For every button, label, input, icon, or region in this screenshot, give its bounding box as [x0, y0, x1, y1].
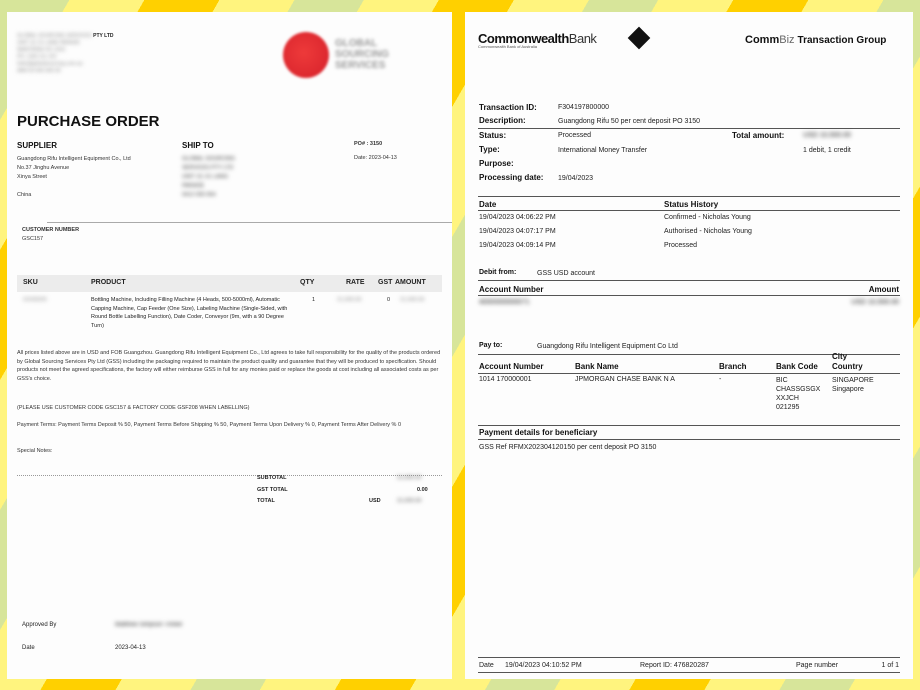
- product-cell: Bottling Machine, Including Filling Mach…: [91, 296, 291, 330]
- customer-number-label: CUSTOMER NUMBER: [22, 226, 79, 235]
- ship-to-address: GLOBAL SOURCING SERVICES PTY LTD UNIT 10…: [182, 155, 235, 200]
- special-notes-label: Special Notes:: [17, 447, 442, 456]
- payee-col-bank-code: Bank Code: [776, 362, 818, 371]
- divider: [47, 222, 452, 223]
- payee-bank-code: BIC CHASSGSGX XXJCH 021295: [776, 376, 820, 412]
- pay-to: Guangdong Rifu Intelligent Equipment Co …: [537, 343, 678, 350]
- rate-cell: 21,000.00: [337, 296, 361, 305]
- dotted-divider: [17, 475, 442, 476]
- global-sourcing-logo: GLOBAL SOURCING SERVICES: [283, 32, 433, 82]
- payee-branch: -: [719, 376, 721, 383]
- customer-number: GSC157: [22, 235, 43, 244]
- divider: [478, 657, 900, 658]
- page-number: 1 of 1: [881, 662, 899, 669]
- company-address-line: UNIT 10, 61 LANE PARADE: [17, 40, 114, 47]
- divider: [478, 439, 900, 440]
- cba-diamond-icon: [628, 27, 651, 50]
- gst-cell: 0: [387, 296, 390, 305]
- col-gst: GST: [378, 279, 392, 286]
- company-abn: ABN 00 000 000 00: [17, 68, 114, 75]
- bank-transaction-page: CommonwealthBank Commonwealth Bank of Au…: [465, 12, 913, 679]
- payee-col-account: Account Number: [479, 362, 543, 371]
- footer-date: 19/04/2023 04:10:52 PM: [505, 662, 582, 669]
- col-qty: QTY: [300, 279, 314, 286]
- payee-city-country: SINGAPORE Singapore: [832, 376, 874, 394]
- divider: [478, 280, 900, 281]
- debit-col-account: Account Number: [479, 285, 543, 294]
- transaction-id-label: Transaction ID:: [479, 103, 537, 112]
- qty-cell: 1: [312, 296, 315, 305]
- labelling-note: (PLEASE USE CUSTOMER CODE GSC157 & FACTO…: [17, 404, 442, 413]
- divider: [478, 295, 900, 296]
- debit-amount: USD 10,500.00: [851, 299, 899, 306]
- payee-col-country: Country: [832, 362, 863, 371]
- po-date: Date: 2023-04-13: [354, 154, 397, 163]
- total-value: 21,000.00: [397, 498, 421, 504]
- gst-total-value: 0.00: [417, 487, 428, 493]
- col-rate: RATE: [346, 279, 365, 286]
- items-table-header: SKU PRODUCT QTY RATE GST AMOUNT: [17, 275, 442, 292]
- description-label: Description:: [479, 116, 526, 125]
- divider: [478, 425, 900, 426]
- approval-date-label: Date: [22, 645, 35, 651]
- subtotal-value: 21,000.00: [397, 475, 421, 481]
- history-status: Confirmed - Nicholas Young: [664, 214, 751, 221]
- debit-credit-count: 1 debit, 1 credit: [803, 147, 851, 154]
- payee-col-bank-name: Bank Name: [575, 362, 619, 371]
- payee-col-city: City: [832, 352, 847, 361]
- company-address-line: WANTIRNA VIC 3152: [17, 47, 114, 54]
- company-name-suffix: PTY LTD: [93, 33, 113, 39]
- company-email: hello@globalsourcing.com.au: [17, 61, 114, 68]
- total-amount: USD 10,500.00: [803, 132, 851, 139]
- divider: [478, 128, 900, 129]
- debit-col-amount: Amount: [869, 285, 899, 294]
- bank-subtitle: Commonwealth Bank of Australia: [478, 44, 537, 49]
- approval-date: 2023-04-13: [115, 645, 146, 651]
- logo-text: GLOBAL SOURCING SERVICES: [335, 38, 389, 71]
- col-product: PRODUCT: [91, 279, 126, 286]
- supplier-heading: SUPPLIER: [17, 141, 57, 150]
- approved-by-name: Matthew Simpson Trinkel: [115, 622, 182, 628]
- purpose-label: Purpose:: [479, 159, 514, 168]
- divider: [478, 672, 900, 673]
- commbiz-logo: CommBizTransaction Group: [745, 34, 886, 46]
- history-date: 19/04/2023 04:07:17 PM: [479, 228, 556, 235]
- pay-to-label: Pay to:: [479, 342, 502, 349]
- description: Guangdong Rifu 50 per cent deposit PO 31…: [558, 118, 700, 125]
- history-status: Authorised - Nicholas Young: [664, 228, 752, 235]
- ship-to-heading: SHIP TO: [182, 141, 214, 150]
- col-amount: AMOUNT: [395, 279, 426, 286]
- terms-paragraph: All prices listed above are in USD and F…: [17, 349, 442, 383]
- debit-from: GSS USD account: [537, 270, 595, 277]
- divider: [478, 196, 900, 197]
- processing-date: 19/04/2023: [558, 175, 593, 182]
- total-amount-label: Total amount:: [732, 131, 784, 140]
- debit-from-label: Debit from:: [479, 269, 516, 276]
- total-label: TOTAL: [257, 498, 275, 504]
- payment-details: GSS Ref RFMX202304120150 per cent deposi…: [479, 444, 656, 451]
- history-status: Processed: [664, 242, 697, 249]
- type-label: Type:: [479, 145, 500, 154]
- col-sku: SKU: [23, 279, 38, 286]
- page-number-label: Page number: [796, 662, 838, 669]
- logo-red-circle-icon: [283, 32, 329, 78]
- company-phone: PH: 1300 111 222: [17, 54, 114, 61]
- divider: [478, 373, 900, 374]
- processing-date-label: Processing date:: [479, 173, 543, 182]
- payee-col-branch: Branch: [719, 362, 747, 371]
- transaction-id: F304197800000: [558, 104, 609, 111]
- payment-terms: Payment Terms: Payment Terms Deposit % 5…: [17, 421, 442, 430]
- payee-account: 1014 170000001: [479, 376, 532, 383]
- history-col-date: Date: [479, 200, 496, 209]
- status-value: Processed: [558, 132, 591, 139]
- gst-total-label: GST TOTAL: [257, 487, 288, 493]
- status-label: Status:: [479, 131, 506, 140]
- report-id: Report ID: 476820287: [640, 662, 709, 669]
- amount-cell: 21,000.00: [400, 296, 424, 305]
- supplier-address: Guangdong Rifu Intelligent Equipment Co.…: [17, 155, 131, 200]
- purchase-order-page: GLOBAL SOURCING SERVICES PTY LTD UNIT 10…: [7, 12, 452, 679]
- company-name: GLOBAL SOURCING SERVICES: [17, 33, 92, 39]
- footer-date-label: Date: [479, 662, 494, 669]
- approved-by-label: Approved By: [22, 622, 56, 628]
- payee-bank-name: JPMORGAN CHASE BANK N A: [575, 376, 675, 383]
- document-title: PURCHASE ORDER: [17, 113, 160, 130]
- divider: [478, 210, 900, 211]
- po-number: PO# : 3150: [354, 140, 382, 149]
- history-date: 19/04/2023 04:09:14 PM: [479, 242, 556, 249]
- sku-cell: GSS5025: [23, 296, 47, 305]
- debit-account: 4000000000071: [479, 299, 530, 306]
- history-date: 19/04/2023 04:06:22 PM: [479, 214, 556, 221]
- history-col-status: Status History: [664, 200, 718, 209]
- total-currency: USD: [369, 498, 381, 504]
- type-value: International Money Transfer: [558, 147, 647, 154]
- payment-details-label: Payment details for beneficiary: [479, 428, 597, 437]
- subtotal-label: SUBTOTAL: [257, 475, 286, 481]
- company-address-block: GLOBAL SOURCING SERVICES PTY LTD UNIT 10…: [17, 33, 114, 75]
